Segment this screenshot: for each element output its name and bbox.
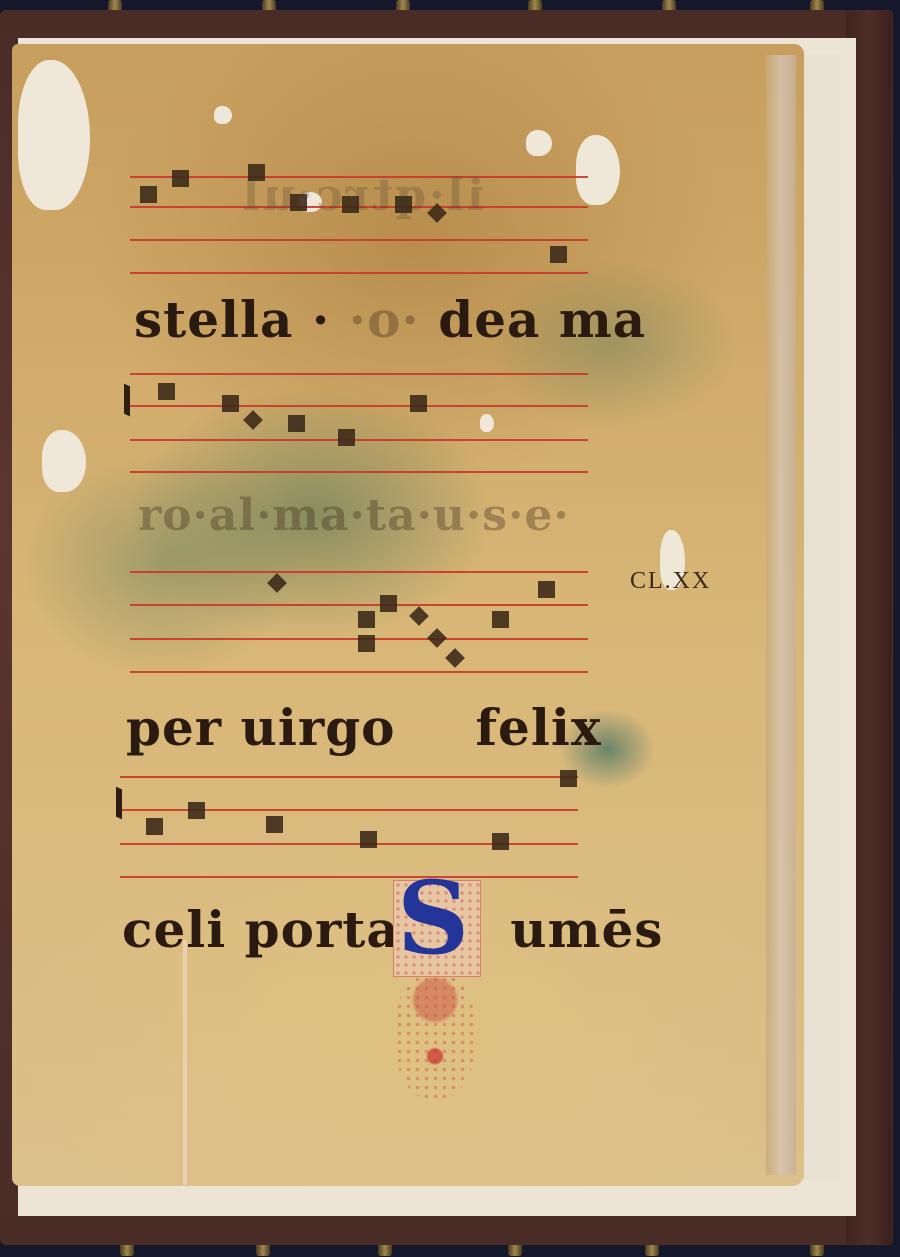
chant-text-line-2-faded: ro·al·ma·ta·u·s·e· [138,490,570,541]
parchment-loss [42,430,86,492]
music-staff-4 [120,776,578,876]
illuminated-initial-s: S [397,868,469,968]
music-staff-3 [130,571,588,671]
parchment-loss [526,130,552,156]
parchment-crease [183,940,187,1185]
folio-number: CL.XX [630,568,711,595]
red-filigree-flourish [395,975,475,1100]
show-through-text: il·qtrc·ul [240,170,484,221]
vellum-repair-strip [766,55,796,1175]
music-staff-2 [130,373,588,473]
chant-text-line-3: per uirgofelix [126,698,602,757]
chant-text-line-1: stella · ·o· dea ma [134,290,646,349]
parchment-loss [214,106,232,124]
